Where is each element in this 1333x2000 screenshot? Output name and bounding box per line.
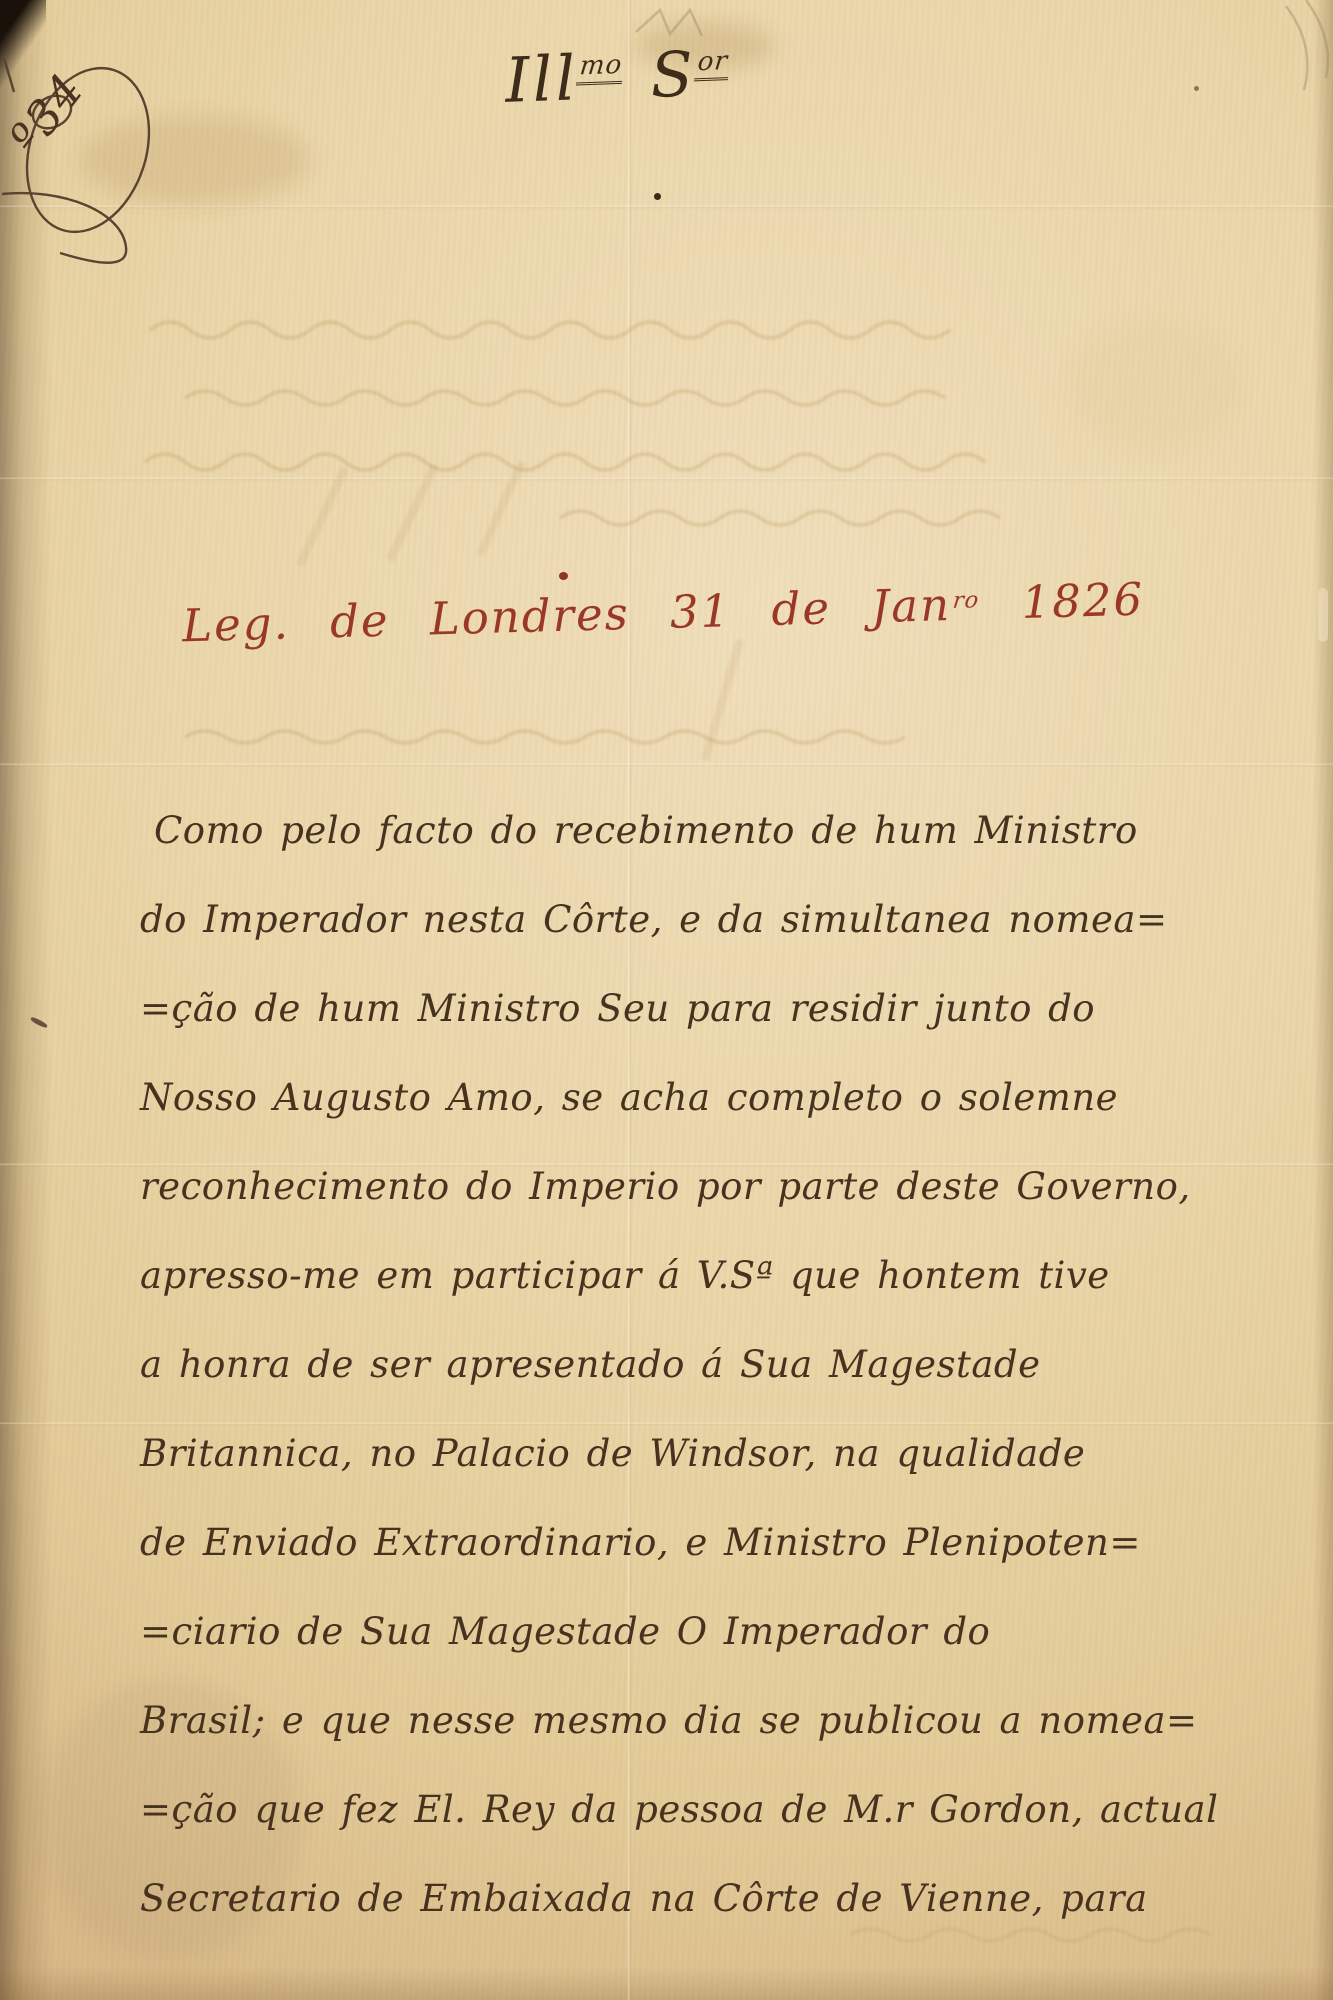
- manuscript-line: apresso-me em participar á V.Sª que hont…: [140, 1231, 1060, 1320]
- salutation-superscript: or: [694, 46, 732, 81]
- manuscript-line: a honra de ser apresentado á Sua Magesta…: [140, 1320, 1060, 1409]
- spacer: [625, 97, 651, 98]
- dateline: Leg. de Londres 31 de Janro 1826: [181, 573, 1144, 653]
- manuscript-line: Como pelo facto do recebimento de hum Mi…: [140, 786, 1060, 875]
- page-bottom-shadow: [0, 1966, 1333, 2000]
- paper-stain: [1070, 320, 1240, 450]
- ink-speck: [654, 193, 661, 200]
- manuscript-line: reconhecimento do Imperio por parte dest…: [140, 1142, 1060, 1231]
- manuscript-line: =ciario de Sua Magestade O Imperador do: [140, 1587, 1060, 1676]
- manuscript-line: Nosso Augusto Amo, se acha completo o so…: [140, 1053, 1060, 1142]
- manuscript-line: de Enviado Extraordinario, e Ministro Pl…: [140, 1498, 1060, 1587]
- top-left-dark-corner: [0, 0, 46, 90]
- manuscript-line: =ção que fez El. Rey da pessoa de M.r Go…: [140, 1765, 1060, 1854]
- salutation-word: Ill: [504, 41, 580, 117]
- dateline-year: 1826: [1021, 573, 1145, 629]
- letter-body: Como pelo facto do recebimento de hum Mi…: [140, 786, 1060, 1943]
- manuscript-line: =ção de hum Ministro Seu para residir ju…: [140, 964, 1060, 1053]
- manuscript-line: Britannica, no Palacio de Windsor, na qu…: [140, 1409, 1060, 1498]
- horizontal-fold-crease: [0, 477, 1333, 481]
- horizontal-fold-crease: [0, 763, 1333, 767]
- ink-speck: [1194, 86, 1199, 91]
- page-left-shadow: [0, 0, 52, 2000]
- dateline-place-date: Leg. de Londres 31 de Jan: [181, 578, 951, 652]
- manuscript-line: do Imperador nesta Côrte, e da simultane…: [140, 875, 1060, 964]
- paper-stain: [80, 115, 310, 205]
- page-edge-notch: [1318, 588, 1328, 642]
- manuscript-line: Secretario de Embaixada na Côrte de Vien…: [140, 1854, 1060, 1943]
- red-ink-speck: [559, 572, 568, 580]
- salutation-heading: IllmoSor: [504, 36, 732, 117]
- page-right-shadow: [1313, 0, 1333, 2000]
- manuscript-page: º34 IllmoSor Leg. de Londres 31 de Janro…: [0, 0, 1333, 2000]
- salutation-word: S: [649, 37, 697, 112]
- horizontal-fold-crease: [0, 205, 1333, 209]
- salutation-superscript: mo: [576, 50, 626, 86]
- manuscript-line: Brasil; e que nesse mesmo dia se publico…: [140, 1676, 1060, 1765]
- dateline-superscript: ro: [949, 587, 982, 615]
